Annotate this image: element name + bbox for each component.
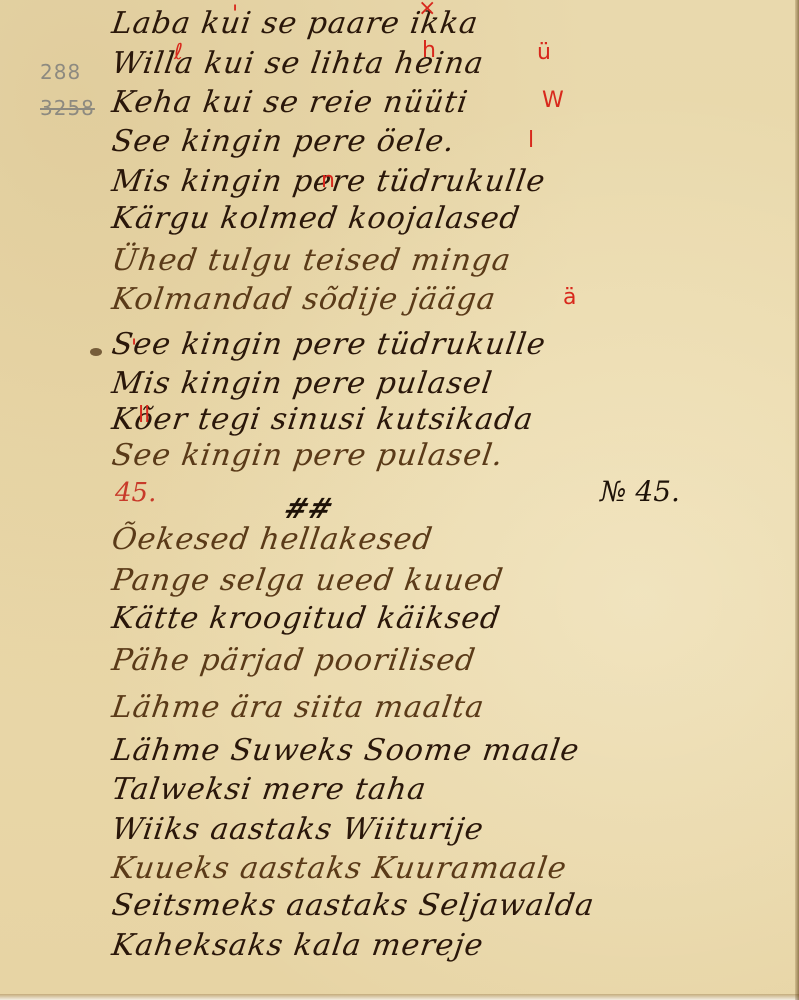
- entry-number: № 45.: [600, 475, 680, 508]
- red-correction-mark: h: [422, 38, 436, 63]
- red-correction-mark: W: [542, 88, 564, 113]
- crossed-out-archive-number: 3258: [40, 96, 95, 120]
- song2-line-11: Kaheksaks kala mereje: [109, 928, 485, 964]
- red-correction-mark: ': [232, 2, 238, 27]
- red-annotation-number: 45.: [115, 478, 156, 508]
- song2-line-3: Kätte kroogitud käiksed: [109, 601, 503, 637]
- red-correction-mark: ×: [418, 0, 436, 21]
- song1-line-9: See kingin pere tüdrukulle: [109, 327, 548, 363]
- song2-line-9: Kuueks aastaks Kuuramaale: [109, 851, 569, 887]
- red-correction-mark: n: [321, 168, 335, 193]
- song1-line-8: Kolmandad sõdije jääga: [109, 282, 498, 318]
- separator-mark: ##: [279, 492, 338, 525]
- song1-line-6: Kärgu kolmed koojalased: [109, 201, 522, 237]
- page-bottom-edge: [0, 994, 799, 1000]
- archive-number: 288: [40, 60, 81, 84]
- song2-line-5: Lähme ära siita maalta: [109, 690, 486, 726]
- song1-line-7: Ühed tulgu teised minga: [109, 243, 513, 279]
- song2-line-8: Wiiks aastaks Wiiturije: [109, 812, 486, 848]
- red-correction-mark: ll: [138, 403, 150, 428]
- red-correction-mark: ä: [563, 285, 576, 310]
- song1-line-10: Mis kingin pere pulasel: [109, 366, 494, 402]
- ink-blot: [90, 348, 102, 356]
- song1-line-11: Kõer tegi sinusi kutsikada: [109, 402, 535, 438]
- manuscript-page: 288 3258 Laba kui se paare ikka Willa ku…: [0, 0, 799, 1000]
- red-correction-mark: ü: [537, 40, 551, 65]
- red-correction-mark: ': [131, 336, 137, 361]
- red-correction-mark: l: [528, 128, 534, 153]
- red-correction-mark: ℓ: [174, 40, 183, 65]
- song2-line-2: Pange selga ueed kuued: [109, 563, 505, 599]
- song1-line-4: See kingin pere öele.: [109, 124, 457, 160]
- song2-line-1: Õekesed hellakesed: [109, 522, 435, 558]
- song1-line-12: See kingin pere pulasel.: [109, 438, 505, 474]
- song2-line-4: Pähe pärjad poorilised: [109, 643, 478, 679]
- song1-line-3: Keha kui se reie nüüti: [109, 85, 470, 121]
- song2-line-7: Talweksi mere taha: [109, 772, 428, 808]
- song2-line-10: Seitsmeks aastaks Seljawalda: [109, 888, 596, 924]
- song2-line-6: Lähme Suweks Soome maale: [109, 733, 581, 769]
